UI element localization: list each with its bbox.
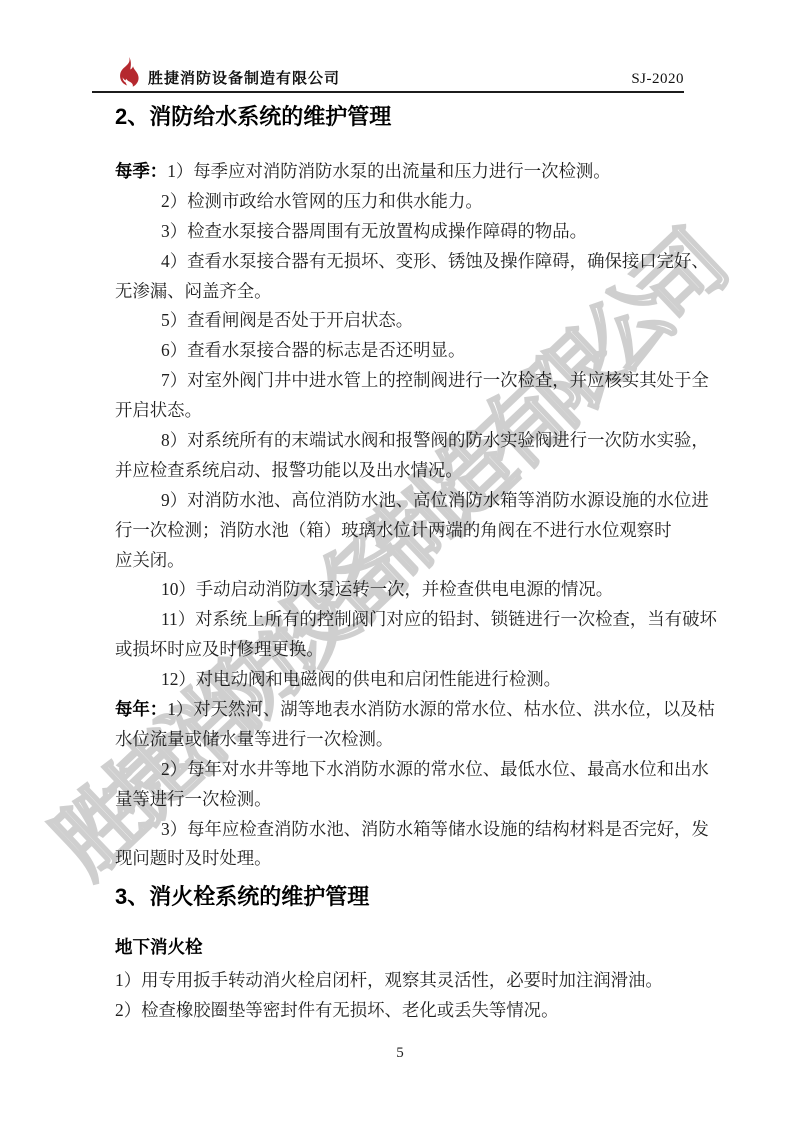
section-water-supply-lines: 每季：1）每季应对消防消防水泵的出流量和压力进行一次检测。2）检测市政给水管网的…: [115, 157, 689, 874]
line-text: 9）对消防水池、高位消防水池、高位消防水箱等消防水源设施的水位进: [161, 490, 709, 510]
subheading-underground-hydrant: 地下消火栓: [115, 936, 689, 958]
company-name: 胜捷消防设备制造有限公司: [148, 67, 340, 88]
line-text: 2）检测市政给水管网的压力和供水能力。: [161, 191, 483, 211]
text-line: 11）对系统上所有的控制阀门对应的铅封、锁链进行一次检查，当有破坏: [115, 605, 689, 635]
text-line: 2）检查橡胶圈垫等密封件有无损坏、老化或丢失等情况。: [115, 996, 689, 1026]
page-header: 胜捷消防设备制造有限公司 SJ-2020: [92, 50, 684, 93]
text-line: 7）对室外阀门井中进水管上的控制阀进行一次检查，并应核实其处于全: [115, 366, 689, 396]
line-text: 行一次检测；消防水池（箱）玻璃水位计两端的角阀在不进行水位观察时: [115, 520, 672, 540]
line-prefix: 每年：: [115, 699, 167, 719]
text-line: 2）检测市政给水管网的压力和供水能力。: [115, 187, 689, 217]
line-text: 3）每年应检查消防水池、消防水箱等储水设施的结构材料是否完好，发: [161, 819, 709, 839]
text-line: 应关闭。: [115, 546, 689, 576]
text-line: 2）每年对水井等地下水消防水源的常水位、最低水位、最高水位和出水: [115, 755, 689, 785]
line-text: 7）对室外阀门井中进水管上的控制阀进行一次检查，并应核实其处于全: [161, 370, 709, 390]
line-text: 3）检查水泵接合器周围有无放置构成操作障碍的物品。: [161, 221, 587, 241]
line-text: 水位流量或储水量等进行一次检测。: [115, 729, 393, 749]
line-text: 2）每年对水井等地下水消防水源的常水位、最低水位、最高水位和出水: [161, 759, 709, 779]
text-line: 并应检查系统启动、报警功能以及出水情况。: [115, 456, 689, 486]
section-title-hydrant: 3、消火栓系统的维护管理: [115, 884, 689, 910]
line-text: 6）查看水泵接合器的标志是否还明显。: [161, 340, 465, 360]
line-text: 现问题时及时处理。: [115, 848, 272, 868]
line-text: 4）查看水泵接合器有无损坏、变形、锈蚀及操作障碍，确保接口完好、: [161, 251, 709, 271]
line-text: 8）对系统所有的末端试水阀和报警阀的防水实验阀进行一次防水实验，: [161, 430, 709, 450]
text-line: 6）查看水泵接合器的标志是否还明显。: [115, 336, 689, 366]
line-text: 12）对电动阀和电磁阀的供电和启闭性能进行检测。: [161, 669, 561, 689]
text-line: 12）对电动阀和电磁阀的供电和启闭性能进行检测。: [115, 665, 689, 695]
text-line: 8）对系统所有的末端试水阀和报警阀的防水实验阀进行一次防水实验，: [115, 426, 689, 456]
line-text: 1）用专用扳手转动消火栓启闭杆，观察其灵活性，必要时加注润滑油。: [115, 970, 663, 990]
section-hydrant-lines: 1）用专用扳手转动消火栓启闭杆，观察其灵活性，必要时加注润滑油。2）检查橡胶圈垫…: [115, 966, 689, 1026]
text-line: 无渗漏、闷盖齐全。: [115, 277, 689, 307]
text-line: 水位流量或储水量等进行一次检测。: [115, 725, 689, 755]
text-line: 4）查看水泵接合器有无损坏、变形、锈蚀及操作障碍，确保接口完好、: [115, 247, 689, 277]
line-text: 1）每季应对消防消防水泵的出流量和压力进行一次检测。: [167, 161, 610, 181]
text-line: 开启状态。: [115, 396, 689, 426]
section-title-water-supply: 2、消防给水系统的维护管理: [115, 104, 689, 130]
document-page: 胜捷消防设备制造有限公司 胜捷消防设备制造有限公司 SJ-2020 2、消防给水…: [0, 0, 800, 1131]
text-line: 1）用专用扳手转动消火栓启闭杆，观察其灵活性，必要时加注润滑油。: [115, 966, 689, 996]
text-line: 每季：1）每季应对消防消防水泵的出流量和压力进行一次检测。: [115, 157, 689, 187]
line-text: 应关闭。: [115, 550, 185, 570]
text-line: 3）检查水泵接合器周围有无放置构成操作障碍的物品。: [115, 217, 689, 247]
line-text: 开启状态。: [115, 400, 202, 420]
line-text: 11）对系统上所有的控制阀门对应的铅封、锁链进行一次检查，当有破坏: [161, 609, 717, 629]
line-text: 无渗漏、闷盖齐全。: [115, 281, 272, 301]
line-text: 2）检查橡胶圈垫等密封件有无损坏、老化或丢失等情况。: [115, 1000, 558, 1020]
text-line: 10）手动启动消防水泵运转一次，并检查供电电源的情况。: [115, 575, 689, 605]
text-line: 行一次检测；消防水池（箱）玻璃水位计两端的角阀在不进行水位观察时: [115, 516, 689, 546]
line-text: 10）手动启动消防水泵运转一次，并检查供电电源的情况。: [161, 579, 613, 599]
text-line: 9）对消防水池、高位消防水池、高位消防水箱等消防水源设施的水位进: [115, 486, 689, 516]
document-code: SJ-2020: [631, 71, 684, 88]
text-line: 或损坏时应及时修理更换。: [115, 635, 689, 665]
line-text: 或损坏时应及时修理更换。: [115, 639, 324, 659]
text-line: 5）查看闸阀是否处于开启状态。: [115, 306, 689, 336]
document-body: 2、消防给水系统的维护管理 每季：1）每季应对消防消防水泵的出流量和压力进行一次…: [115, 104, 689, 1026]
line-text: 5）查看闸阀是否处于开启状态。: [161, 310, 413, 330]
line-text: 量等进行一次检测。: [115, 789, 272, 809]
text-line: 量等进行一次检测。: [115, 785, 689, 815]
line-text: 1）对天然河、湖等地表水消防水源的常水位、枯水位、洪水位，以及枯: [167, 699, 715, 719]
text-line: 每年：1）对天然河、湖等地表水消防水源的常水位、枯水位、洪水位，以及枯: [115, 695, 689, 725]
line-prefix: 每季：: [115, 161, 167, 181]
page-number: 5: [0, 1045, 800, 1062]
text-line: 3）每年应检查消防水池、消防水箱等储水设施的结构材料是否完好，发: [115, 815, 689, 845]
flame-icon: [116, 57, 140, 88]
text-line: 现问题时及时处理。: [115, 844, 689, 874]
line-text: 并应检查系统启动、报警功能以及出水情况。: [115, 460, 463, 480]
